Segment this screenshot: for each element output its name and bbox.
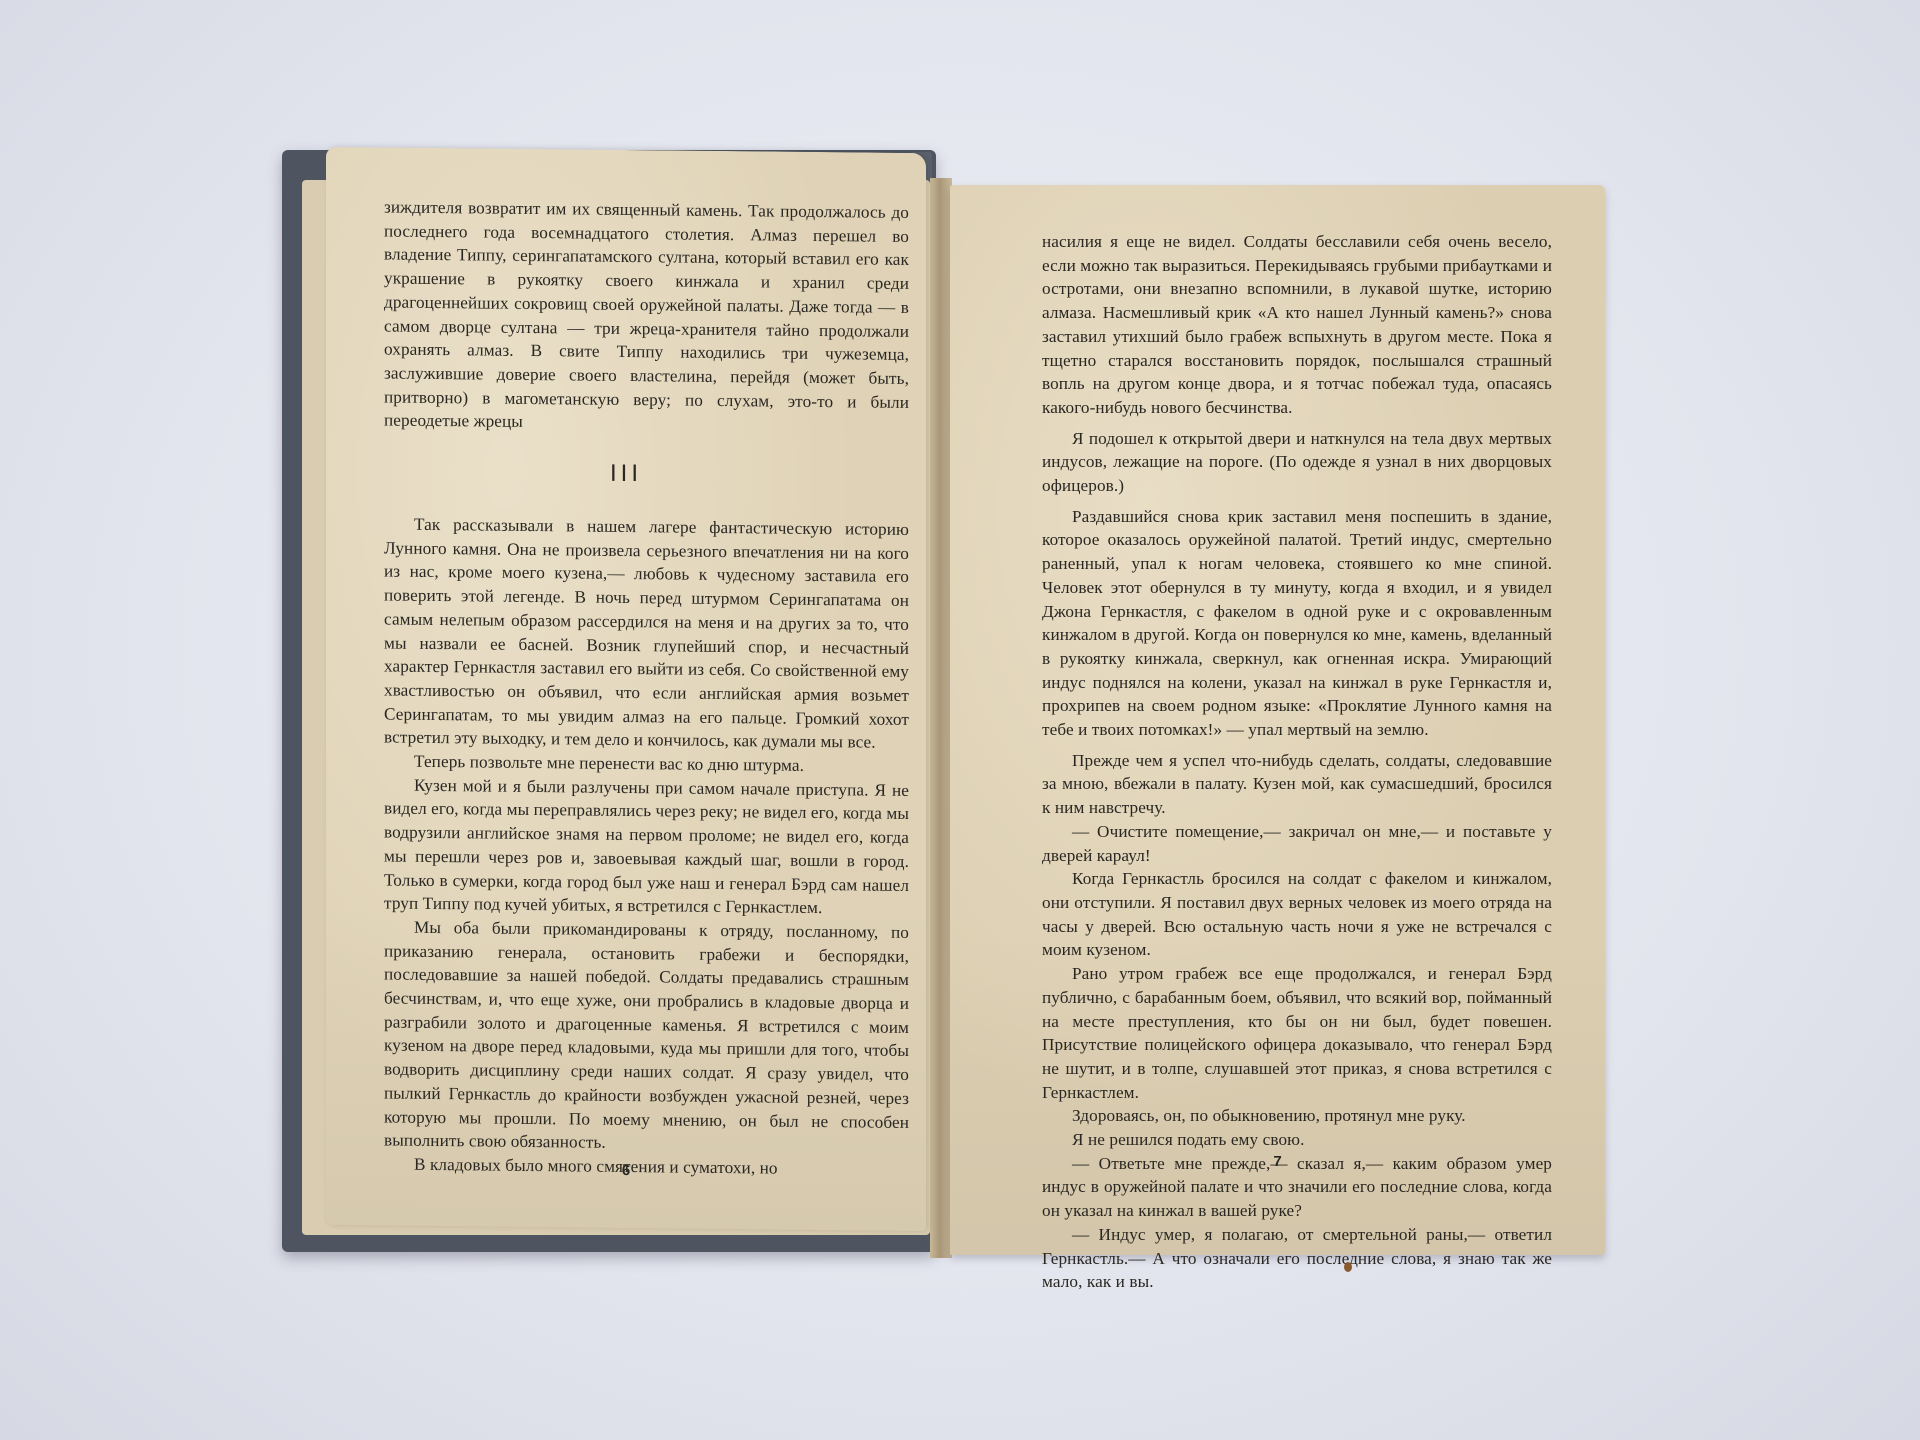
paragraph: зиждителя возвратит им их священный каме…: [384, 195, 909, 438]
left-page-top-text: зиждителя возвратит им их священный каме…: [384, 195, 909, 438]
paragraph: насилия я еще не видел. Солдаты бесслави…: [1042, 230, 1552, 420]
chapter-heading: III: [326, 457, 926, 491]
paragraph: Прежде чем я успел что-нибудь сделать, с…: [1042, 749, 1552, 820]
left-page-body-text: Так рассказывали в нашем лагере фантасти…: [384, 512, 909, 1181]
paragraph: Раздавшийся снова крик заставил меня пос…: [1042, 505, 1552, 742]
paragraph: Когда Гернкастль бросился на солдат с фа…: [1042, 867, 1552, 962]
right-page-body-text: насилия я еще не видел. Солдаты бесслави…: [1042, 230, 1552, 1294]
book-gutter: [930, 178, 952, 1258]
paragraph: Я не решился подать ему свою.: [1042, 1128, 1552, 1152]
paragraph: Так рассказывали в нашем лагере фантасти…: [384, 512, 909, 755]
paragraph: Здороваясь, он, по обыкновению, протянул…: [1042, 1104, 1552, 1128]
right-page: насилия я еще не видел. Солдаты бесслави…: [950, 185, 1605, 1255]
left-page: зиждителя возвратит им их священный каме…: [326, 147, 926, 1231]
page-number-right: 7: [950, 1153, 1605, 1170]
paragraph: Кузен мой и я были разлучены при самом н…: [384, 773, 909, 921]
paragraph: Мы оба были прикомандированы к отряду, п…: [384, 915, 909, 1158]
paragraph: — Индус умер, я полагаю, от смертельной …: [1042, 1223, 1552, 1294]
debris-speck: [1344, 1262, 1352, 1272]
paragraph: Рано утром грабеж все еще продолжался, и…: [1042, 962, 1552, 1104]
paragraph: — Очистите помещение,— закричал он мне,—…: [1042, 820, 1552, 867]
paragraph: Я подошел к открытой двери и наткнулся н…: [1042, 427, 1552, 498]
